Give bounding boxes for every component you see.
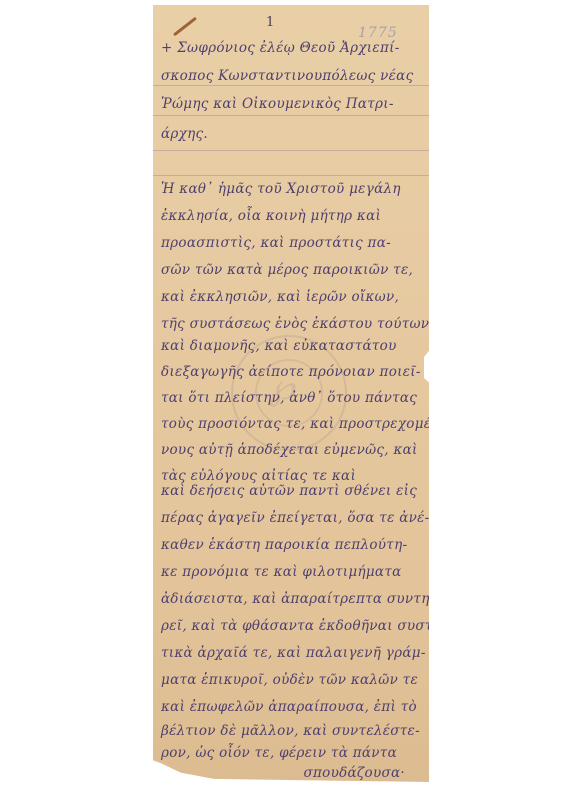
body-line: τικὰ ἀρχαῖά τε, καὶ παλαιγενῆ γράμ- [161, 645, 421, 661]
heading-line: σκοπος Κωνσταντινουπόλεως νέας [161, 68, 421, 84]
body-line: καὶ ἐπωφελῶν ἀπαραίπουσα, ἐπὶ τὸ [161, 699, 421, 715]
body-line: Ἡ καθ᾽ ἡμᾶς τοῦ Χριστοῦ μεγάλη [161, 181, 421, 197]
ruled-line [153, 85, 429, 86]
body-line: ρον, ὡς οἷόν τε, φέρειν τὰ πάντα [161, 745, 421, 761]
handwritten-letter-page: 1 1775 ℘ + Σωφρόνιος ἐλέῳ Θεοῦ Ἀρχιεπί- … [153, 5, 429, 782]
body-line: καὶ δεήσεις αὐτῶν παντὶ σθένει εἰς [161, 483, 421, 499]
body-line: ρεῖ, καὶ τὰ φθάσαντα ἐκδοθῆναι συστα- [161, 618, 421, 634]
ruled-line [153, 150, 429, 151]
body-line: ται ὅτι πλείστην, ἀνθ᾽ ὅτου πάντας [161, 390, 421, 406]
body-line: κε προνόμια τε καὶ φιλοτιμήματα [161, 564, 421, 580]
body-line: ἐκκλησία, οἷα κοινὴ μήτηρ καὶ [161, 208, 421, 224]
ruled-line [153, 175, 429, 176]
body-line: καθεν ἑκάστη παροικία πεπλούτη- [161, 537, 421, 553]
ruled-line [153, 115, 429, 116]
archive-number: 1775 [358, 25, 398, 41]
closing-line: σπουδάζουσα· [161, 765, 405, 781]
body-line: τοὺς προσιόντας τε, καὶ προστρεχομέ- [161, 416, 421, 432]
body-line: πέρας ἀγαγεῖν ἐπείγεται, ὅσα τε ἀνέ- [161, 510, 421, 526]
body-line: διεξαγωγῆς ἀείποτε πρόνοιαν ποιεῖ- [161, 364, 421, 380]
page-number: 1 [266, 15, 274, 30]
body-line: ἀδιάσειστα, καὶ ἀπαραίτρεπτα συντη- [161, 591, 421, 607]
body-line: ματα ἐπικυροῖ, οὐδὲν τῶν καλῶν τε [161, 672, 421, 688]
body-line: σῶν τῶν κατὰ μέρος παροικιῶν τε, [161, 262, 421, 278]
rust-pin-mark [173, 17, 197, 37]
heading-line: άρχης. [161, 126, 421, 142]
body-line: προασπιστὶς, καὶ προστάτις πα- [161, 235, 421, 251]
body-line: τὰς εὐλόγους αἰτίας τε καὶ [161, 468, 421, 484]
heading-line: + Σωφρόνιος ἐλέῳ Θεοῦ Ἀρχιεπί- [161, 40, 421, 56]
body-line: νους αὐτῇ ἀποδέχεται εὐμενῶς, καὶ [161, 442, 421, 458]
body-line: καὶ διαμονῆς, καὶ εὐκαταστάτου [161, 338, 421, 354]
body-line: βέλτιον δὲ μᾶλλον, καὶ συντελέστε- [161, 723, 421, 739]
body-line: τῆς συστάσεως ἑνὸς ἑκάστου τούτων [161, 316, 421, 332]
body-line: καὶ ἐκκλησιῶν, καὶ ἱερῶν οἴκων, [161, 289, 421, 305]
heading-line: Ῥώμης καὶ Οἰκουμενικὸς Πατρι- [161, 96, 421, 112]
